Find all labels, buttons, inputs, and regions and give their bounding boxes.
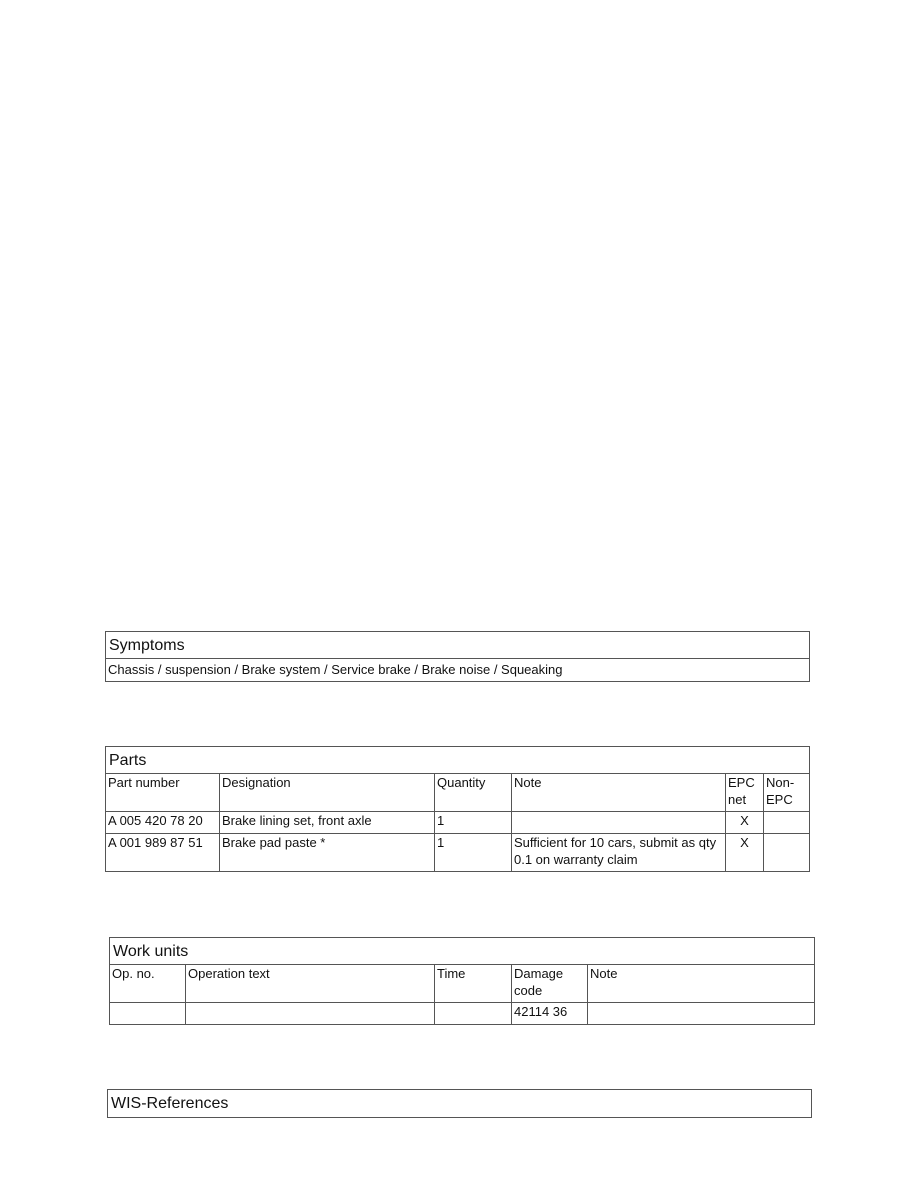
designation-cell: Brake pad paste * (220, 834, 435, 872)
quantity-cell: 1 (435, 834, 512, 872)
table-row: A 001 989 87 51 Brake pad paste * 1 Suff… (106, 834, 810, 872)
parts-title: Parts (106, 747, 810, 774)
table-row: 42114 36 (110, 1003, 815, 1025)
note-cell (512, 812, 726, 834)
column-header-time: Time (435, 965, 512, 1003)
epc-net-cell: X (726, 812, 764, 834)
damage-code-cell: 42114 36 (512, 1003, 588, 1025)
work-units-header-row: Op. no. Operation text Time Damage code … (110, 965, 815, 1003)
column-header-non-epc: Non- EPC (764, 774, 810, 812)
time-cell (435, 1003, 512, 1025)
designation-cell: Brake lining set, front axle (220, 812, 435, 834)
table-row: A 005 420 78 20 Brake lining set, front … (106, 812, 810, 834)
operation-text-cell (186, 1003, 435, 1025)
symptoms-title: Symptoms (106, 632, 810, 659)
column-header-designation: Designation (220, 774, 435, 812)
column-header-quantity: Quantity (435, 774, 512, 812)
work-units-title: Work units (110, 938, 815, 965)
part-number-cell: A 001 989 87 51 (106, 834, 220, 872)
column-header-operation-text: Operation text (186, 965, 435, 1003)
non-epc-cell (764, 812, 810, 834)
column-header-part-number: Part number (106, 774, 220, 812)
column-header-epc-net: EPC net (726, 774, 764, 812)
work-units-table: Work units Op. no. Operation text Time D… (109, 937, 815, 1025)
non-epc-cell (764, 834, 810, 872)
parts-table: Parts Part number Designation Quantity N… (105, 746, 810, 872)
symptoms-path: Chassis / suspension / Brake system / Se… (106, 659, 810, 682)
column-header-note: Note (588, 965, 815, 1003)
epc-net-cell: X (726, 834, 764, 872)
wis-references-box: WIS-References (107, 1089, 812, 1118)
note-cell (588, 1003, 815, 1025)
column-header-damage-code: Damage code (512, 965, 588, 1003)
column-header-op-no: Op. no. (110, 965, 186, 1003)
part-number-cell: A 005 420 78 20 (106, 812, 220, 834)
op-no-cell (110, 1003, 186, 1025)
wis-references-title: WIS-References (111, 1094, 228, 1114)
parts-header-row: Part number Designation Quantity Note EP… (106, 774, 810, 812)
column-header-note: Note (512, 774, 726, 812)
note-cell: Sufficient for 10 cars, submit as qty 0.… (512, 834, 726, 872)
quantity-cell: 1 (435, 812, 512, 834)
symptoms-table: Symptoms Chassis / suspension / Brake sy… (105, 631, 810, 682)
